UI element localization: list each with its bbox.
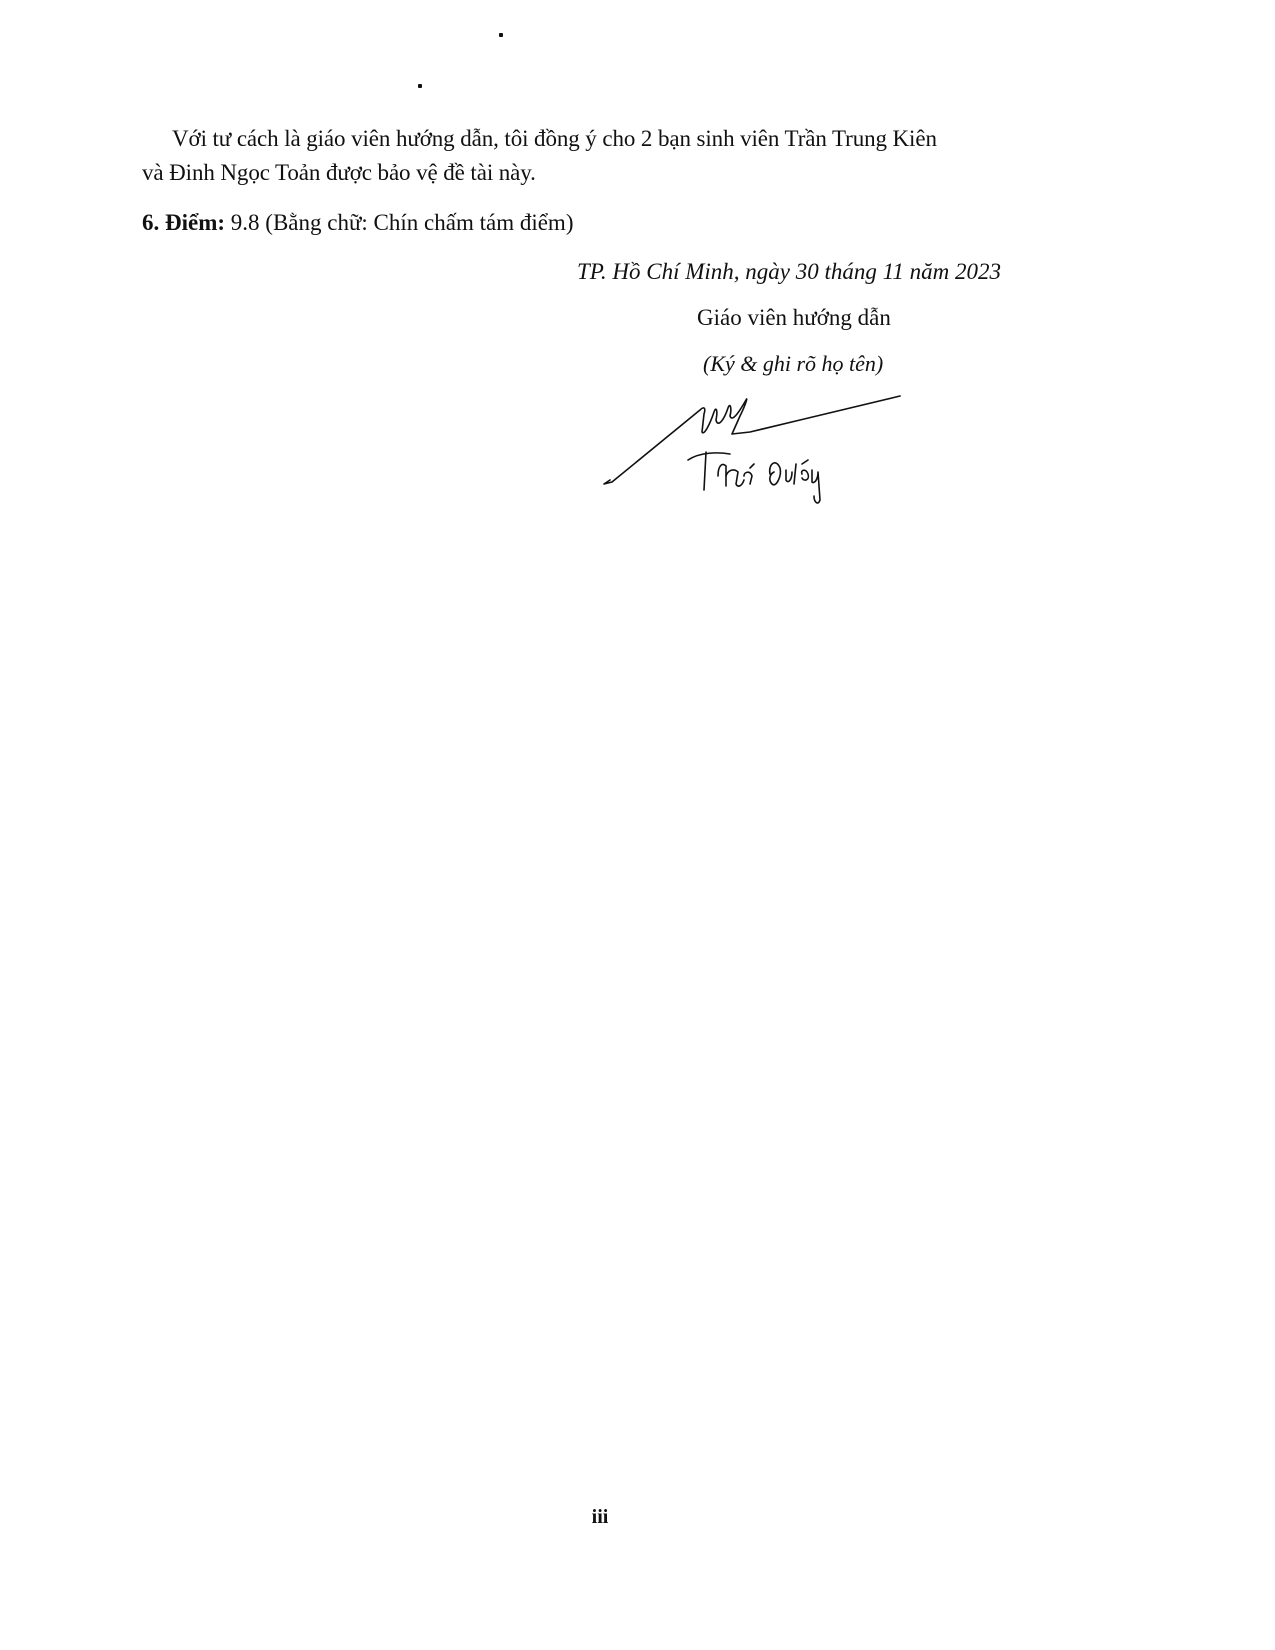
approval-line-2: và Đinh Ngọc Toản được bảo vệ đề tài này… [142, 156, 1062, 190]
scan-speck [499, 33, 503, 37]
score-line: 6. Điểm: 9.8 (Bằng chữ: Chín chấm tám đi… [142, 206, 573, 240]
score-value: 9.8 [231, 210, 260, 235]
approval-line-1: Với tư cách là giáo viên hướng dẫn, tôi … [142, 122, 1062, 156]
approval-paragraph: Với tư cách là giáo viên hướng dẫn, tôi … [142, 122, 1062, 190]
score-in-words: (Bằng chữ: Chín chấm tám điểm) [265, 210, 573, 235]
page-number: iii [570, 1506, 630, 1529]
signature-instruction: (Ký & ghi rõ họ tên) [703, 347, 883, 381]
score-label: 6. Điểm: [142, 210, 225, 235]
place-date: TP. Hồ Chí Minh, ngày 30 tháng 11 năm 20… [577, 255, 1001, 289]
document-page: Với tư cách là giáo viên hướng dẫn, tôi … [0, 0, 1275, 1650]
scan-speck [418, 84, 422, 88]
handwritten-signature-icon [600, 380, 920, 520]
signer-role: Giáo viên hướng dẫn [697, 301, 891, 335]
